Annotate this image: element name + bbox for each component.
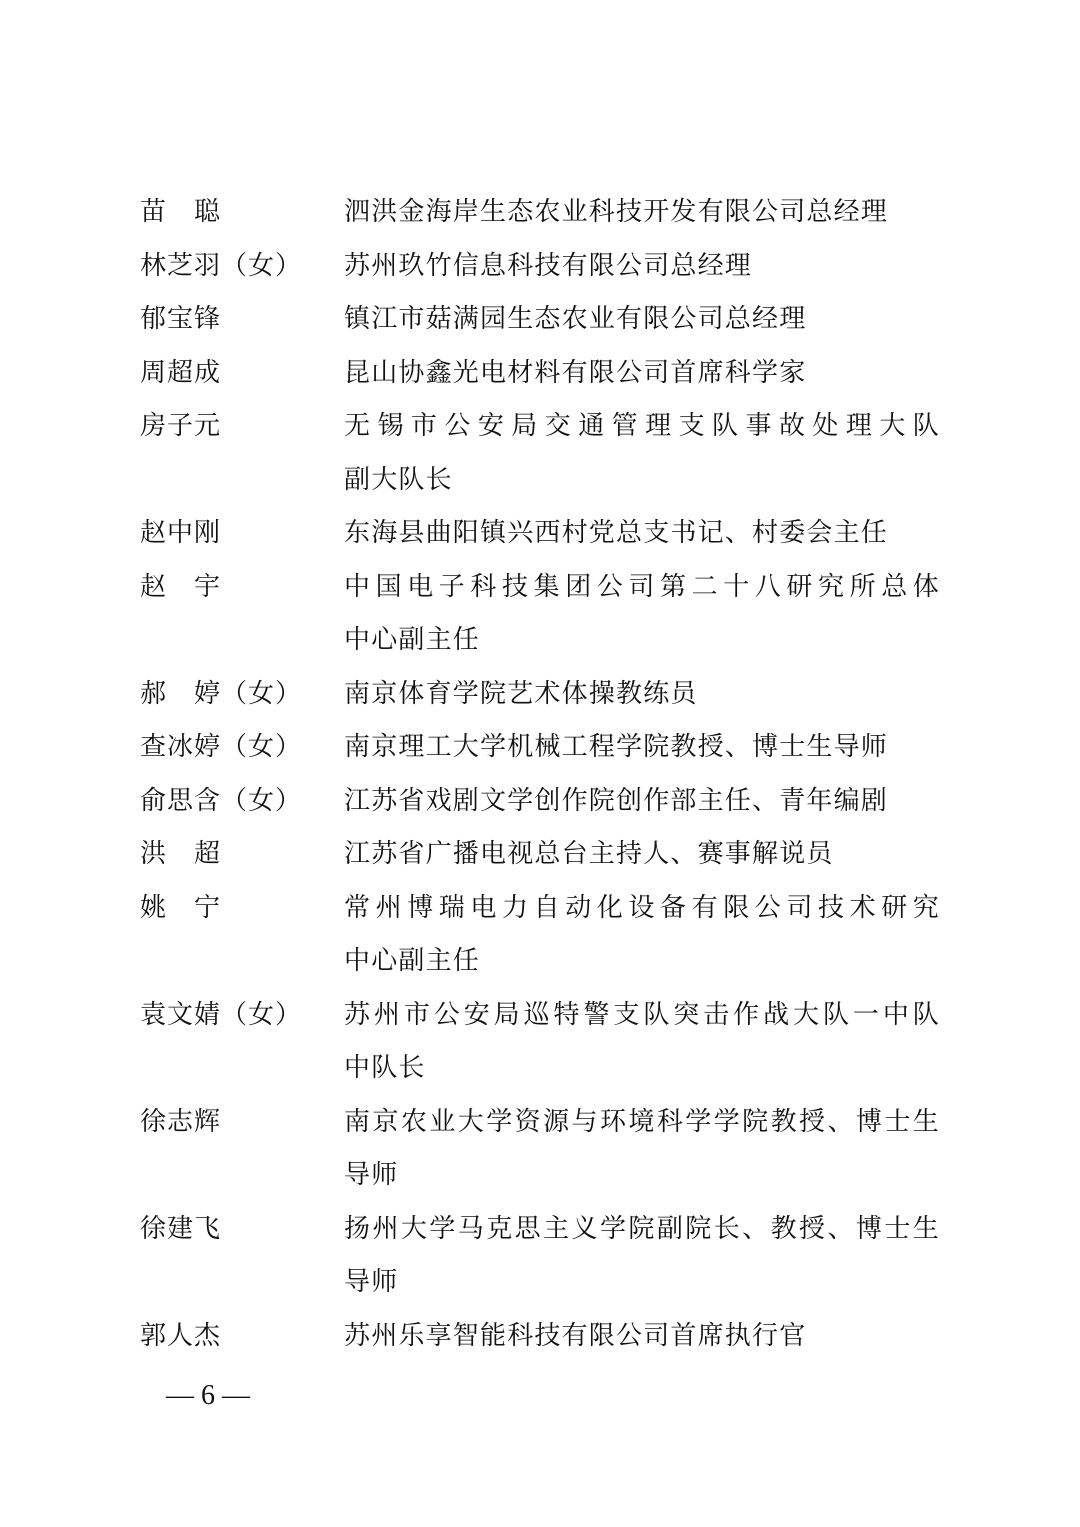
person-title: 扬州大学马克思主义学院副院长、教授、博士生 导师: [344, 1203, 940, 1310]
person-title: 苏州市公安局巡特警支队突击作战大队一中队 中队长: [344, 989, 940, 1096]
person-name: 郭人杰: [140, 1310, 344, 1364]
person-title: 苏州乐享智能科技有限公司首席执行官: [344, 1310, 940, 1364]
title-line: 南京理工大学机械工程学院教授、博士生导师: [344, 721, 940, 775]
person-title: 昆山协鑫光电材料有限公司首席科学家: [344, 347, 940, 401]
title-line: 东海县曲阳镇兴西村党总支书记、村委会主任: [344, 507, 940, 561]
list-item: 查冰婷（女） 南京理工大学机械工程学院教授、博士生导师: [140, 721, 940, 775]
title-line: 副大队长: [344, 454, 940, 508]
person-title: 江苏省戏剧文学创作院创作部主任、青年编剧: [344, 775, 940, 829]
title-line: 镇江市菇满园生态农业有限公司总经理: [344, 293, 940, 347]
person-name: 苗 聪: [140, 186, 344, 240]
person-title: 东海县曲阳镇兴西村党总支书记、村委会主任: [344, 507, 940, 561]
title-line: 无锡市公安局交通管理支队事故处理大队: [344, 400, 940, 454]
person-title: 苏州玖竹信息科技有限公司总经理: [344, 240, 940, 294]
title-line: 常州博瑞电力自动化设备有限公司技术研究: [344, 882, 940, 936]
person-title: 常州博瑞电力自动化设备有限公司技术研究 中心副主任: [344, 882, 940, 989]
person-title: 泗洪金海岸生态农业科技开发有限公司总经理: [344, 186, 940, 240]
person-title: 南京农业大学资源与环境科学学院教授、博士生 导师: [344, 1096, 940, 1203]
person-name: 徐志辉: [140, 1096, 344, 1150]
person-name: 俞思含（女）: [140, 775, 344, 829]
list-item: 郝 婷（女） 南京体育学院艺术体操教练员: [140, 668, 940, 722]
title-line: 中队长: [344, 1042, 940, 1096]
person-title: 中国电子科技集团公司第二十八研究所总体 中心副主任: [344, 561, 940, 668]
person-name: 徐建飞: [140, 1203, 344, 1257]
person-name: 查冰婷（女）: [140, 721, 344, 775]
person-name: 赵中刚: [140, 507, 344, 561]
title-line: 导师: [344, 1256, 940, 1310]
list-item: 赵 宇 中国电子科技集团公司第二十八研究所总体 中心副主任: [140, 561, 940, 668]
person-name: 姚 宁: [140, 882, 344, 936]
list-item: 洪 超 江苏省广播电视总台主持人、赛事解说员: [140, 828, 940, 882]
title-line: 中心副主任: [344, 614, 940, 668]
list-item: 袁文婧（女） 苏州市公安局巡特警支队突击作战大队一中队 中队长: [140, 989, 940, 1096]
person-name: 袁文婧（女）: [140, 989, 344, 1043]
title-line: 南京农业大学资源与环境科学学院教授、博士生: [344, 1096, 940, 1150]
title-line: 中国电子科技集团公司第二十八研究所总体: [344, 561, 940, 615]
person-title: 无锡市公安局交通管理支队事故处理大队 副大队长: [344, 400, 940, 507]
list-item: 苗 聪 泗洪金海岸生态农业科技开发有限公司总经理: [140, 186, 940, 240]
list-item: 赵中刚 东海县曲阳镇兴西村党总支书记、村委会主任: [140, 507, 940, 561]
list-item: 徐建飞 扬州大学马克思主义学院副院长、教授、博士生 导师: [140, 1203, 940, 1310]
honoree-list: 苗 聪 泗洪金海岸生态农业科技开发有限公司总经理 林芝羽（女） 苏州玖竹信息科技…: [140, 186, 940, 1363]
document-page: 苗 聪 泗洪金海岸生态农业科技开发有限公司总经理 林芝羽（女） 苏州玖竹信息科技…: [0, 0, 1080, 1527]
title-line: 扬州大学马克思主义学院副院长、教授、博士生: [344, 1203, 940, 1257]
title-line: 江苏省戏剧文学创作院创作部主任、青年编剧: [344, 775, 940, 829]
list-item: 林芝羽（女） 苏州玖竹信息科技有限公司总经理: [140, 240, 940, 294]
title-line: 导师: [344, 1149, 940, 1203]
title-line: 苏州玖竹信息科技有限公司总经理: [344, 240, 940, 294]
person-title: 南京体育学院艺术体操教练员: [344, 668, 940, 722]
list-item: 姚 宁 常州博瑞电力自动化设备有限公司技术研究 中心副主任: [140, 882, 940, 989]
list-item: 徐志辉 南京农业大学资源与环境科学学院教授、博士生 导师: [140, 1096, 940, 1203]
person-title: 南京理工大学机械工程学院教授、博士生导师: [344, 721, 940, 775]
title-line: 中心副主任: [344, 935, 940, 989]
title-line: 南京体育学院艺术体操教练员: [344, 668, 940, 722]
title-line: 昆山协鑫光电材料有限公司首席科学家: [344, 347, 940, 401]
list-item: 俞思含（女） 江苏省戏剧文学创作院创作部主任、青年编剧: [140, 775, 940, 829]
person-name: 洪 超: [140, 828, 344, 882]
person-name: 林芝羽（女）: [140, 240, 344, 294]
person-name: 周超成: [140, 347, 344, 401]
person-name: 郝 婷（女）: [140, 668, 344, 722]
person-name: 房子元: [140, 400, 344, 454]
person-name: 赵 宇: [140, 561, 344, 615]
title-line: 泗洪金海岸生态农业科技开发有限公司总经理: [344, 186, 940, 240]
title-line: 江苏省广播电视总台主持人、赛事解说员: [344, 828, 940, 882]
list-item: 郁宝锋 镇江市菇满园生态农业有限公司总经理: [140, 293, 940, 347]
page-number: — 6 —: [166, 1376, 250, 1416]
title-line: 苏州市公安局巡特警支队突击作战大队一中队: [344, 989, 940, 1043]
person-name: 郁宝锋: [140, 293, 344, 347]
title-line: 苏州乐享智能科技有限公司首席执行官: [344, 1310, 940, 1364]
list-item: 房子元 无锡市公安局交通管理支队事故处理大队 副大队长: [140, 400, 940, 507]
list-item: 周超成 昆山协鑫光电材料有限公司首席科学家: [140, 347, 940, 401]
list-item: 郭人杰 苏州乐享智能科技有限公司首席执行官: [140, 1310, 940, 1364]
person-title: 江苏省广播电视总台主持人、赛事解说员: [344, 828, 940, 882]
person-title: 镇江市菇满园生态农业有限公司总经理: [344, 293, 940, 347]
